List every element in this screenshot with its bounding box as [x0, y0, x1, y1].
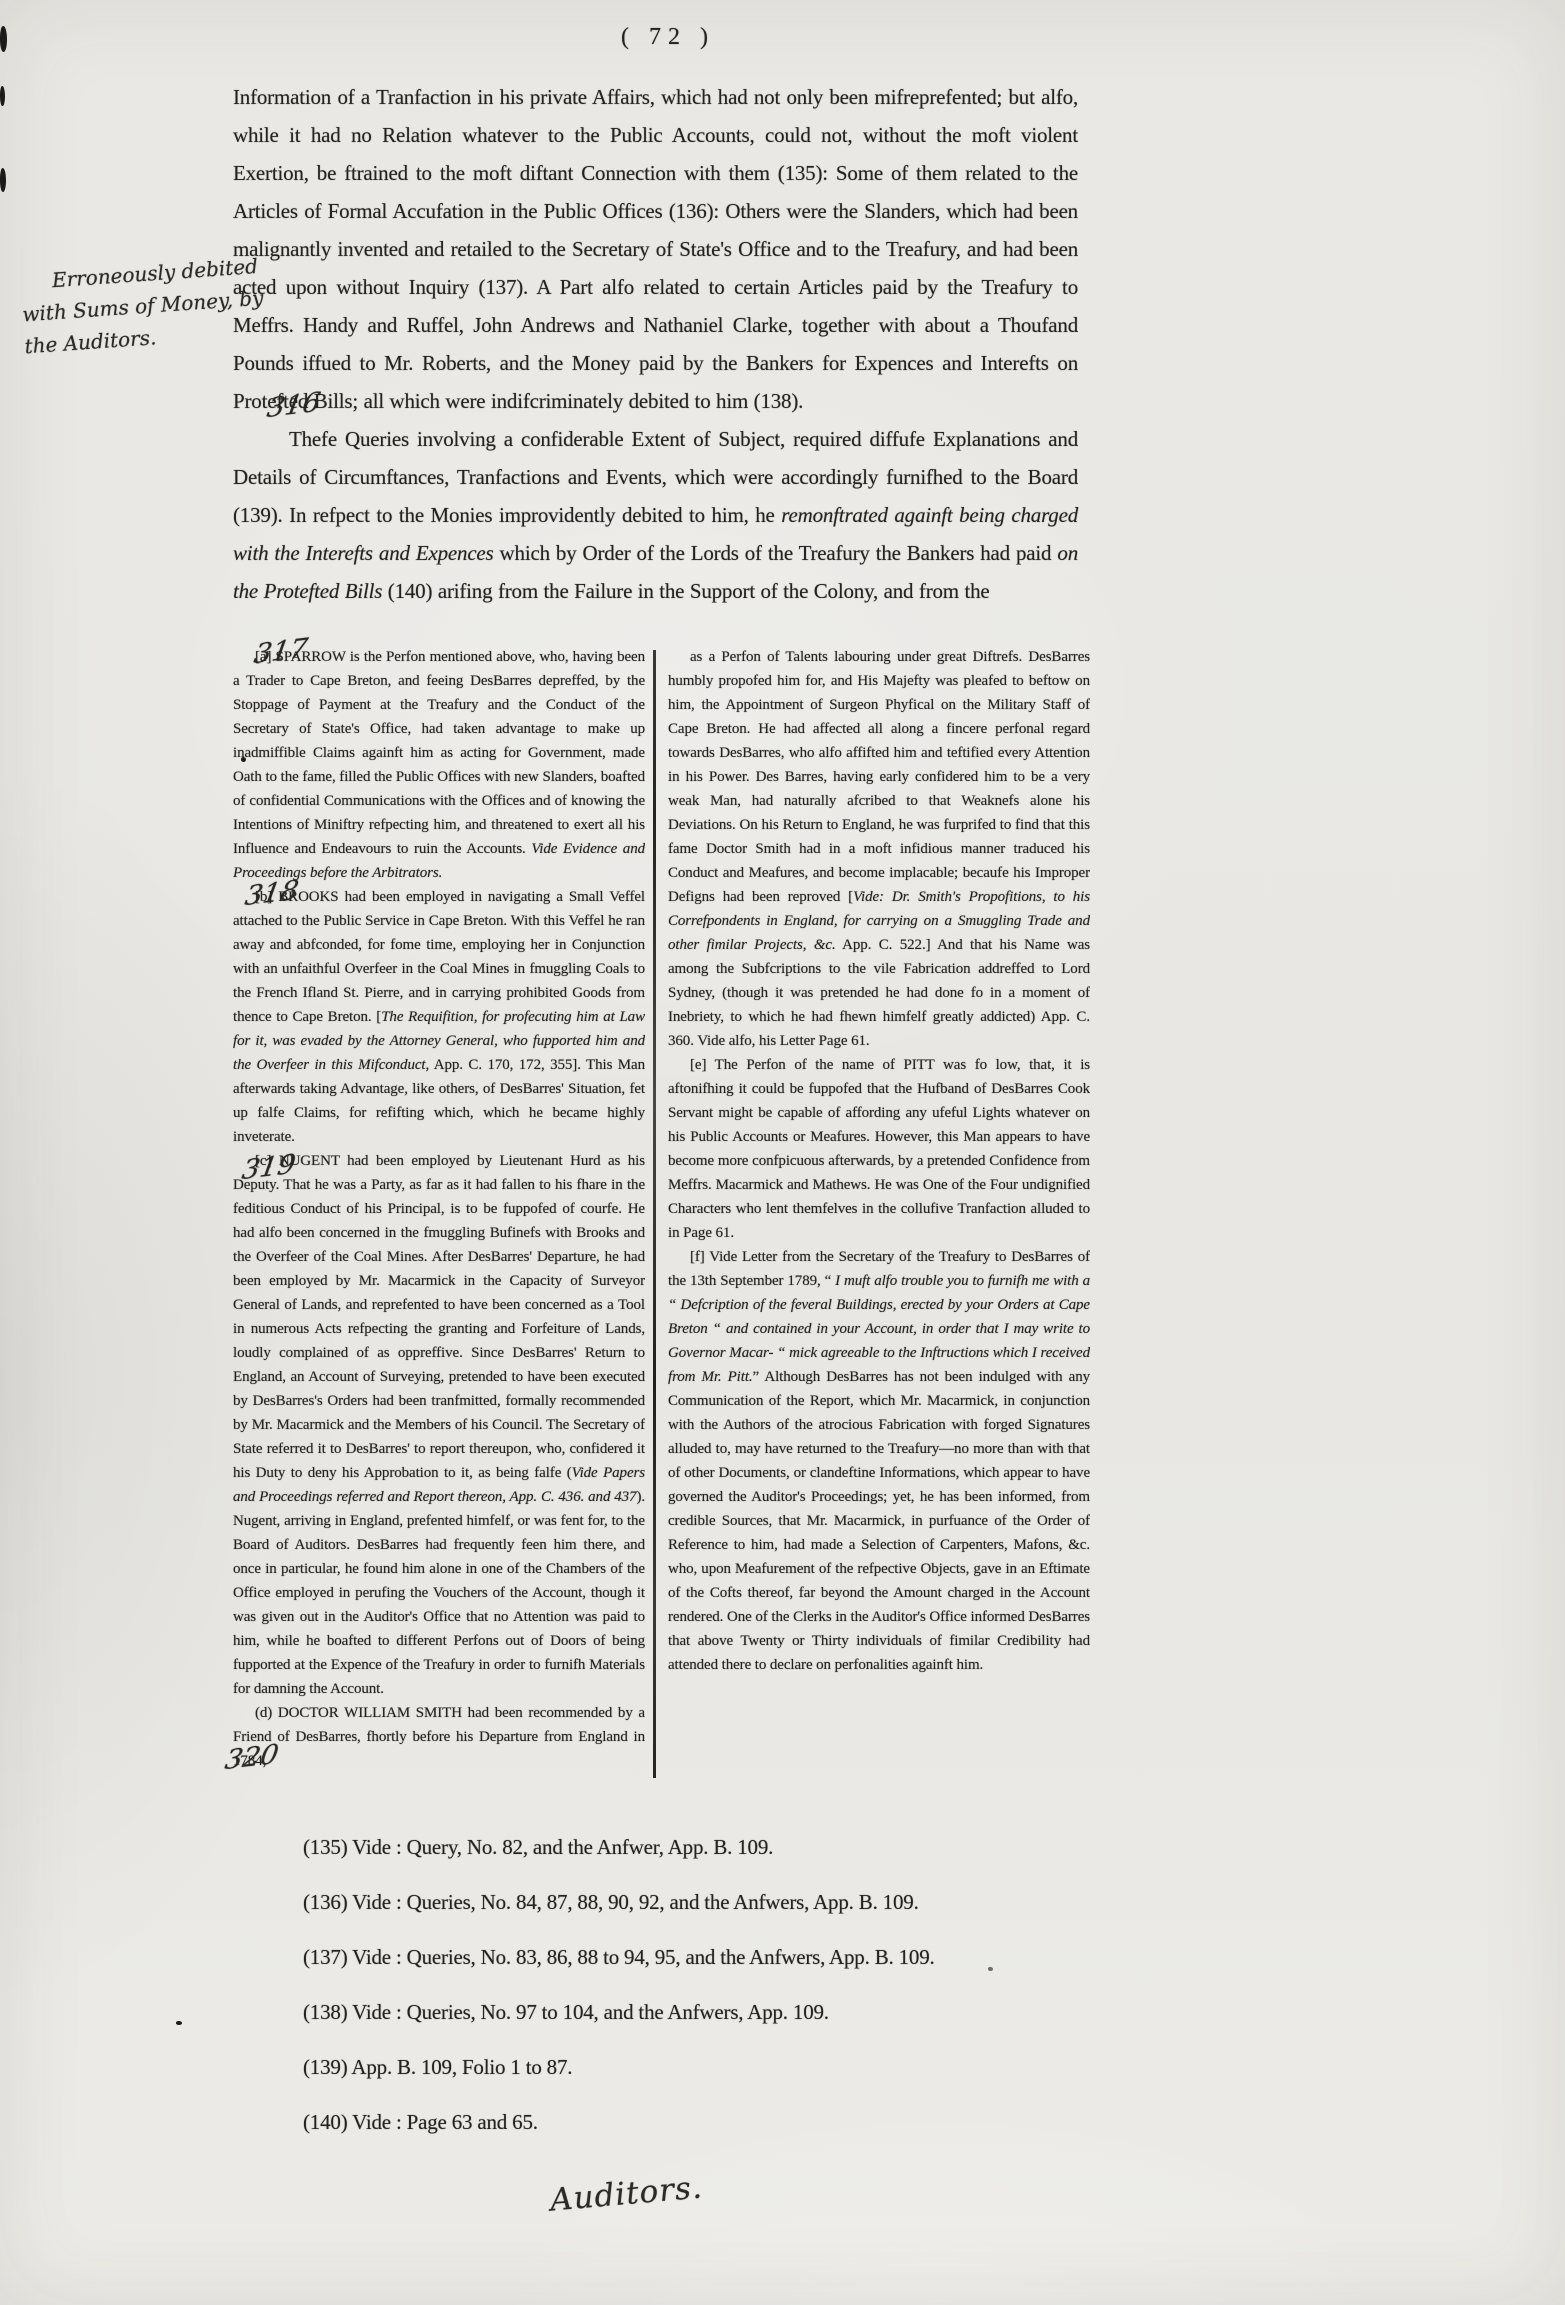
footnote-b-brooks: [b] BROOKS had been employed in navigati… [233, 885, 645, 1149]
footnote-f-treasury-letter: [f] Vide Letter from the Secretary of th… [668, 1245, 1090, 1677]
page-number: ( 72 ) [598, 24, 738, 51]
ink-speck [0, 86, 5, 106]
main-text-block: Information of a Tranfaction in his priv… [233, 78, 1078, 610]
reference-135: (135) Vide : Query, No. 82, and the Anfw… [303, 1820, 1163, 1875]
body-paragraph-2: Thefe Queries involving a confiderable E… [233, 420, 1078, 610]
footnote-d-doctor-william-smith: (d) DOCTOR WILLIAM SMITH had been recomm… [233, 1701, 645, 1773]
reference-list: (135) Vide : Query, No. 82, and the Anfw… [303, 1820, 1163, 2150]
ink-speck [0, 168, 6, 192]
ink-speck [0, 26, 7, 52]
footnote-column-left: [a] SPARROW is the Perfon mentioned abov… [233, 645, 645, 1810]
ink-speck [176, 2021, 182, 2025]
reference-136: (136) Vide : Queries, No. 84, 87, 88, 90… [303, 1875, 1163, 1930]
reference-137: (137) Vide : Queries, No. 83, 86, 88 to … [303, 1930, 1163, 1985]
footnote-column-right: as a Perfon of Talents labouring under g… [668, 645, 1090, 1810]
footnote-e-pitt: [e] The Perfon of the name of PITT was f… [668, 1053, 1090, 1245]
footnote-a-sparrow: [a] SPARROW is the Perfon mentioned abov… [233, 645, 645, 885]
reference-139: (139) App. B. 109, Folio 1 to 87. [303, 2040, 1163, 2095]
footnote-column-divider-rule [653, 650, 656, 1778]
reference-138: (138) Vide : Queries, No. 97 to 104, and… [303, 1985, 1163, 2040]
footnote-c-nugent: [c] NUGENT had been employed by Lieutena… [233, 1149, 645, 1701]
reference-140: (140) Vide : Page 63 and 65. [303, 2095, 1163, 2150]
body-paragraph-1: Information of a Tranfaction in his priv… [233, 78, 1078, 420]
footnote-d-continuation: as a Perfon of Talents labouring under g… [668, 645, 1090, 1053]
